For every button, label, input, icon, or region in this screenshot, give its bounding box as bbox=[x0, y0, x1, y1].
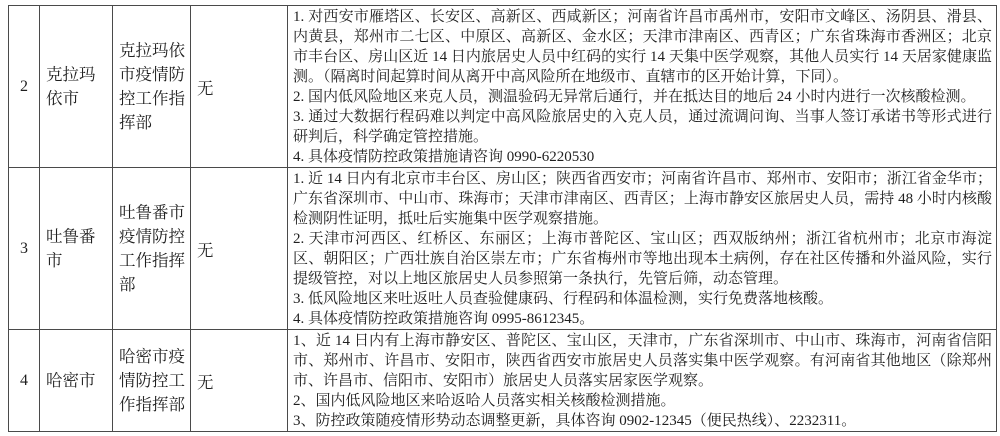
row-index: 4 bbox=[9, 330, 40, 432]
policy-cell: 1. 近 14 日内有北京市丰台区、房山区；陕西省西安市；河南省许昌市、郑州市、… bbox=[288, 168, 997, 330]
city-cell: 吐鲁番市 bbox=[40, 168, 113, 330]
city-name: 哈密市 bbox=[46, 369, 96, 393]
agency-cell: 吐鲁番市疫情防控工作指挥部 bbox=[113, 168, 191, 330]
status-value: 无 bbox=[197, 75, 287, 99]
agency-cell: 克拉玛依市疫情防控工作指挥部 bbox=[113, 6, 191, 168]
policy-item: 3、防控政策随疫情形势动态调整更新，具体咨询 0902-12345（便民热线）、… bbox=[293, 411, 992, 431]
city-cell: 克拉玛依市 bbox=[40, 6, 113, 168]
policy-item: 2、国内低风险地区来哈返哈人员落实相关核酸检测措施。 bbox=[293, 391, 992, 411]
table-row-karamay: 2 克拉玛依市 克拉玛依市疫情防控工作指挥部 无 1. 对西安市雁塔区、长安区、… bbox=[9, 6, 997, 168]
policy-item: 4. 具体疫情防控政策措施咨询 0995-8612345。 bbox=[293, 309, 992, 329]
agency-name: 克拉玛依市疫情防控工作指挥部 bbox=[119, 39, 186, 135]
row-index: 3 bbox=[9, 168, 40, 330]
status-value: 无 bbox=[197, 369, 287, 393]
policy-item: 1、近 14 日内有上海市静安区、普陀区、宝山区，天津市，广东省深圳市、中山市、… bbox=[293, 331, 992, 391]
policy-item: 1. 对西安市雁塔区、长安区、高新区、西咸新区；河南省许昌市禹州市，安阳市文峰区… bbox=[293, 7, 992, 87]
policy-cell: 1、近 14 日内有上海市静安区、普陀区、宝山区，天津市，广东省深圳市、中山市、… bbox=[288, 330, 997, 432]
city-name: 吐鲁番市 bbox=[46, 225, 96, 273]
table-row-turpan: 3 吐鲁番市 吐鲁番市疫情防控工作指挥部 无 1. 近 14 日内有北京市丰台区… bbox=[9, 168, 997, 330]
row-index: 2 bbox=[9, 6, 40, 168]
status-value: 无 bbox=[197, 237, 287, 261]
policy-item: 4. 具体疫情防控政策措施请咨询 0990-6220530 bbox=[293, 147, 992, 167]
policy-item: 1. 近 14 日内有北京市丰台区、房山区；陕西省西安市；河南省许昌市、郑州市、… bbox=[293, 169, 992, 229]
policy-cell: 1. 对西安市雁塔区、长安区、高新区、西咸新区；河南省许昌市禹州市，安阳市文峰区… bbox=[288, 6, 997, 168]
policy-item: 3. 低风险地区来吐返吐人员查验健康码、行程码和体温检测，实行免费落地核酸。 bbox=[293, 289, 992, 309]
status-cell: 无 bbox=[191, 6, 288, 168]
table-row-hami: 4 哈密市 哈密市疫情防控工作指挥部 无 1、近 14 日内有上海市静安区、普陀… bbox=[9, 330, 997, 432]
status-cell: 无 bbox=[191, 330, 288, 432]
city-cell: 哈密市 bbox=[40, 330, 113, 432]
agency-cell: 哈密市疫情防控工作指挥部 bbox=[113, 330, 191, 432]
epidemic-policy-document: 2 克拉玛依市 克拉玛依市疫情防控工作指挥部 无 1. 对西安市雁塔区、长安区、… bbox=[0, 0, 1000, 436]
policy-item: 3. 通过大数据行程码难以判定中高风险旅居史的入克人员，通过流调问询、当事人签订… bbox=[293, 107, 992, 147]
status-cell: 无 bbox=[191, 168, 288, 330]
agency-name: 哈密市疫情防控工作指挥部 bbox=[119, 345, 186, 417]
policy-item: 2. 天津市河西区、红桥区、东丽区；上海市普陀区、宝山区；西双版纳州；浙江省杭州… bbox=[293, 229, 992, 289]
agency-name: 吐鲁番市疫情防控工作指挥部 bbox=[119, 201, 186, 297]
city-name: 克拉玛依市 bbox=[46, 63, 96, 111]
policy-item: 2. 国内低风险地区来克人员，测温验码无异常后通行，并在抵达目的地后 24 小时… bbox=[293, 87, 992, 107]
epidemic-policy-table: 2 克拉玛依市 克拉玛依市疫情防控工作指挥部 无 1. 对西安市雁塔区、长安区、… bbox=[8, 5, 997, 432]
